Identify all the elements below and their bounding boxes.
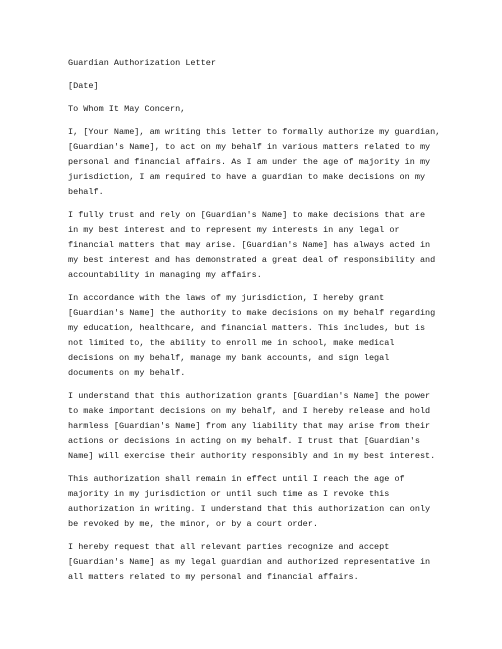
paragraph-trust-statement: I fully trust and rely on [Guardian's Na… (68, 208, 468, 283)
paragraph-authorization-intro: I, [Your Name], am writing this letter t… (68, 125, 468, 200)
salutation: To Whom It May Concern, (68, 102, 468, 117)
paragraph-recognition-request: I hereby request that all relevant parti… (68, 540, 468, 585)
paragraph-liability-release: I understand that this authorization gra… (68, 389, 468, 464)
paragraph-effective-duration: This authorization shall remain in effec… (68, 472, 468, 532)
letter-page: Guardian Authorization Letter [Date] To … (0, 0, 502, 649)
letter-title: Guardian Authorization Letter (68, 56, 468, 71)
paragraph-authority-grant: In accordance with the laws of my jurisd… (68, 291, 468, 381)
date-placeholder: [Date] (68, 79, 468, 94)
